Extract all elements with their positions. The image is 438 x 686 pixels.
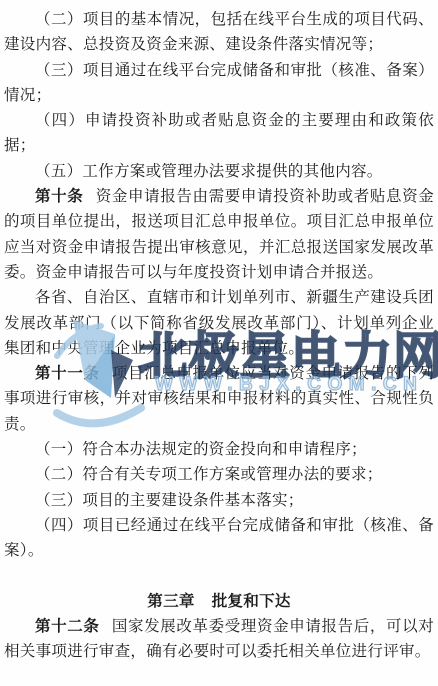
paragraph: 各省、自治区、直辖市和计划单列市、新疆生产建设兵团发展改革部门（以下简称省级发展…: [4, 285, 434, 361]
article-number: 第十一条: [35, 365, 100, 382]
article-number: 第十条: [35, 188, 83, 205]
article-number: 第十二条: [35, 618, 100, 635]
document-body: （二）项目的基本情况，包括在线平台生成的项目代码、建设内容、总投资及资金来源、建…: [0, 0, 438, 665]
paragraph: （一）符合本办法规定的资金投向和申请程序；: [4, 437, 434, 462]
paragraph: （三）项目的主要建设条件基本落实；: [4, 488, 434, 513]
document-page: （二）项目的基本情况，包括在线平台生成的项目代码、建设内容、总投资及资金来源、建…: [0, 0, 438, 686]
chapter-heading: 第三章批复和下达: [4, 589, 434, 614]
paragraph: 第十条资金申请报告由需要申请投资补助或者贴息资金的项目单位提出，报送项目汇总申报…: [4, 184, 434, 285]
paragraph: （二）项目的基本情况，包括在线平台生成的项目代码、建设内容、总投资及资金来源、建…: [4, 7, 434, 58]
paragraph: （四）项目已经通过在线平台完成储备和审批（核准、备案）。: [4, 513, 434, 564]
paragraph: （二）符合有关专项工作方案或管理办法的要求；: [4, 462, 434, 487]
paragraph: 第十一条项目汇总申报单位应当对资金申请报告的下列事项进行审核，并对审核结果和申报…: [4, 361, 434, 437]
paragraph: （四）申请投资补助或者贴息资金的主要理由和政策依据；: [4, 108, 434, 159]
paragraph: （三）项目通过在线平台完成储备和审批（核准、备案）情况；: [4, 58, 434, 109]
paragraph: （五）工作方案或管理办法要求提供的其他内容。: [4, 159, 434, 184]
chapter-number: 第三章: [147, 593, 194, 610]
paragraph: 第十二条国家发展改革委受理资金申请报告后，可以对相关事项进行审查，确有必要时可以…: [4, 614, 434, 665]
